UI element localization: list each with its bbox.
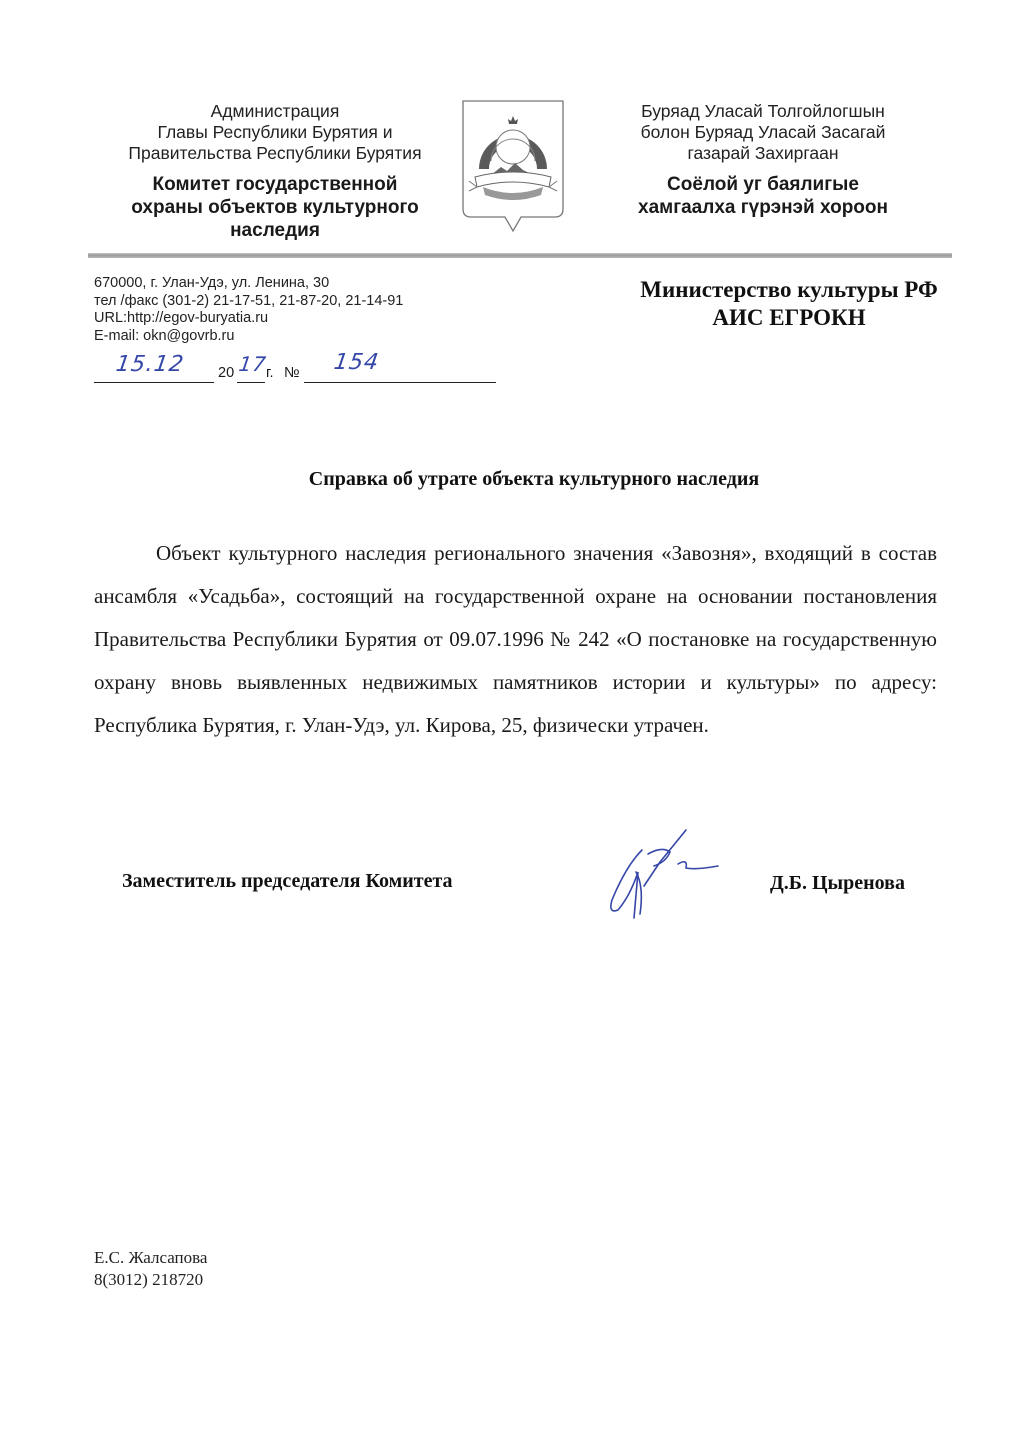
executor-name: Е.С. Жалсапова: [94, 1247, 207, 1269]
contact-url: URL:http://egov-buryatia.ru: [94, 310, 403, 328]
executor-info: Е.С. Жалсапова 8(3012) 218720: [94, 1247, 207, 1291]
contact-phone: тел /факс (301-2) 21-17-51, 21-87-20, 21…: [94, 293, 403, 311]
registration-year-suffix: 17: [237, 352, 268, 376]
header-right-line: газарай Захиргаан: [600, 143, 926, 164]
registration-number: 154: [332, 350, 381, 375]
registration-date-field: 15.12: [94, 356, 214, 383]
addressee-line: Министерство культуры РФ: [600, 276, 978, 304]
coat-of-arms-icon: [461, 99, 565, 233]
executor-phone: 8(3012) 218720: [94, 1269, 207, 1291]
document-title: Справка об утрате объекта культурного на…: [0, 468, 1024, 491]
registration-year-prefix: 20: [218, 365, 234, 381]
contact-email: E-mail: okn@govrb.ru: [94, 328, 403, 346]
header-right-line: болон Буряад Уласай Засагай: [600, 122, 926, 143]
signer-name: Д.Б. Цыренова: [770, 872, 905, 895]
header-right-org: Буряад Уласай Толгойлогшын болон Буряад …: [600, 101, 926, 219]
header-left-bold-line: охраны объектов культурного: [92, 196, 458, 219]
header-left-org: Администрация Главы Республики Бурятия и…: [92, 101, 458, 242]
contact-info: 670000, г. Улан-Удэ, ул. Ленина, 30 тел …: [94, 275, 403, 345]
document-body: Объект культурного наследия региональног…: [94, 532, 937, 747]
header-left-bold-line: Комитет государственной: [92, 173, 458, 196]
registration-number-label: №: [284, 365, 300, 381]
header-left-line: Главы Республики Бурятия и: [92, 122, 458, 143]
addressee-line: АИС ЕГРОКН: [600, 304, 978, 332]
header-right-committee: Соёлой уг баялигые хамгаалха гүрэнэй хор…: [600, 173, 926, 219]
header-left-committee: Комитет государственной охраны объектов …: [92, 173, 458, 242]
header-left-line: Администрация: [92, 101, 458, 122]
header-left-bold-line: наследия: [92, 219, 458, 242]
registration-year-label: г.: [266, 365, 274, 381]
header-right-bold-line: хамгаалха гүрэнэй хороон: [600, 196, 926, 219]
signer-position: Заместитель председателя Комитета: [122, 870, 453, 893]
addressee: Министерство культуры РФ АИС ЕГРОКН: [600, 276, 978, 332]
registration-year-field: 17: [237, 356, 265, 383]
header-divider: [88, 253, 952, 258]
registration-date: 15.12: [114, 352, 185, 377]
header-right-bold-line: Соёлой уг баялигые: [600, 173, 926, 196]
header-left-line: Правительства Республики Бурятия: [92, 143, 458, 164]
contact-address: 670000, г. Улан-Удэ, ул. Ленина, 30: [94, 275, 403, 293]
registration-line: 15.12 20 17 г. № 154: [94, 356, 514, 386]
handwritten-signature-icon: [596, 826, 726, 926]
registration-number-field: 154: [304, 356, 496, 383]
header-right-line: Буряад Уласай Толгойлогшын: [600, 101, 926, 122]
